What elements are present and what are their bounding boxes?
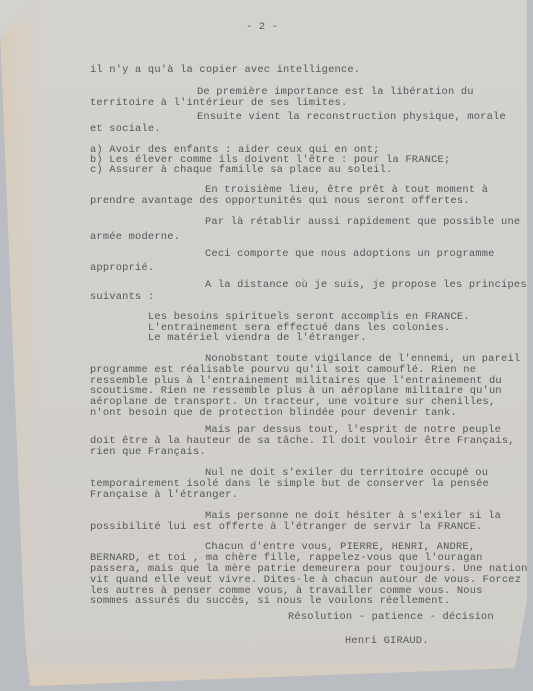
text-line: et sociale.: [90, 124, 161, 135]
text-line: sommes assurés du succès, si nous le vou…: [90, 596, 450, 607]
closing-motto: Résolution - patience - décision: [288, 612, 494, 623]
text-line: Française à l'étranger.: [90, 490, 238, 501]
text-line: approprié.: [90, 263, 154, 274]
text-line: prendre avantage des opportunités qui no…: [90, 196, 470, 207]
text-line: Ensuite vient la reconstruction physique…: [197, 112, 506, 123]
paper-edge-bottom: [30, 660, 520, 686]
signature: Henri GIRAUD.: [345, 636, 429, 647]
margin-marks: ....\: [479, 672, 504, 683]
text-line: Par là rétablir aussi rapidement que pos…: [205, 217, 520, 228]
text-line: Ceci comporte que nous adoptions un prog…: [205, 249, 495, 260]
text-line: suivants :: [90, 292, 154, 303]
typewritten-page: - 2 - Résolution - patience - décision H…: [0, 0, 527, 686]
paper-edge-left: [0, 0, 40, 691]
text-line: il n'y a qu'à la copier avec intelligenc…: [90, 65, 360, 76]
document-body: - 2 - Résolution - patience - décision H…: [0, 0, 26, 66]
text-line: c) Assurer à chaque famille sa place au …: [90, 165, 392, 176]
text-line: armée moderne.: [90, 232, 180, 243]
text-line: n'ont besoin que de protection blindée p…: [90, 408, 457, 419]
text-line: Le matériel viendra de l'étranger.: [148, 333, 367, 344]
text-line: possibilité lui est offerte à l'étranger…: [90, 522, 483, 533]
page-number: - 2 -: [246, 22, 278, 33]
text-line: A la distance où je suis, je propose les…: [205, 280, 527, 291]
text-line: rien que Français.: [90, 447, 206, 458]
text-line: territoire à l'intérieur de ses limites.: [90, 98, 347, 109]
